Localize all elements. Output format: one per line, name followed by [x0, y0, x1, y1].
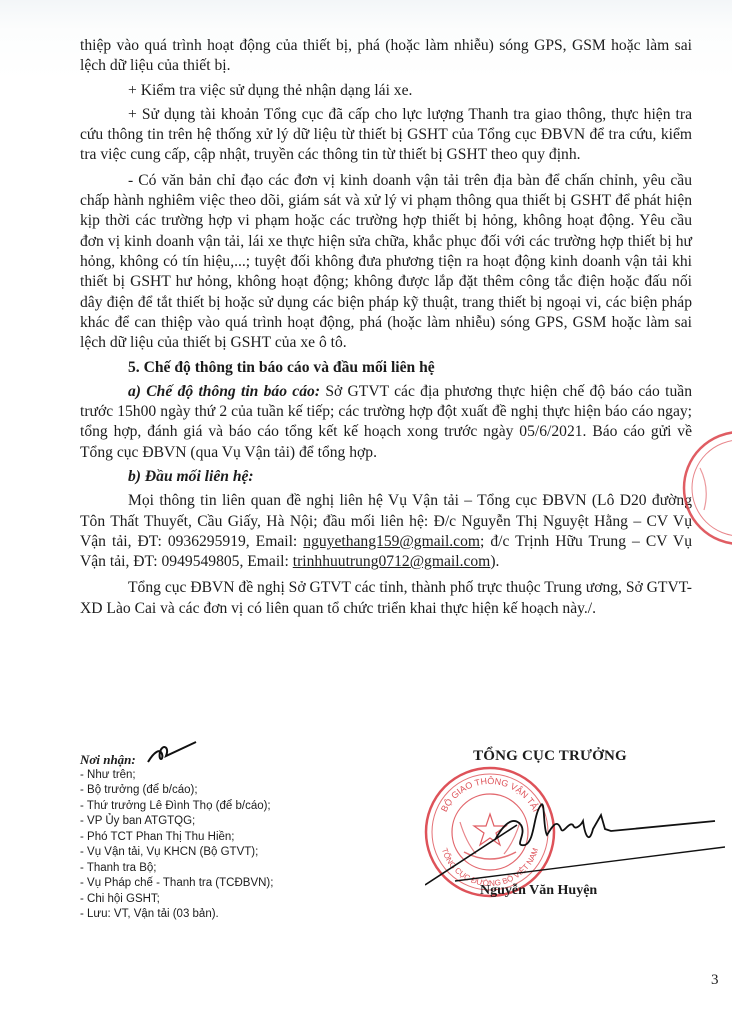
- section-5b-paragraph: b) Đầu mối liên hệ:: [80, 467, 692, 487]
- contact-paragraph: Mọi thông tin liên quan đề nghị liên hệ …: [80, 491, 692, 572]
- initial-mark-icon: [140, 738, 200, 768]
- email-link-hang[interactable]: nguyethang159@gmail.com: [303, 533, 480, 550]
- recipient-item: - VP Ủy ban ATGTQG;: [80, 814, 273, 830]
- continuation-paragraph: thiệp vào quá trình hoạt động của thiết …: [80, 36, 692, 77]
- document-body: thiệp vào quá trình hoạt động của thiết …: [80, 36, 692, 619]
- recipient-item: - Chi hội GSHT;: [80, 892, 273, 908]
- email-link-trung[interactable]: trinhhuutrung0712@gmail.com: [293, 553, 491, 570]
- recipient-item: - Thứ trưởng Lê Đình Thọ (để b/cáo);: [80, 799, 273, 815]
- recipient-item: - Vụ Pháp chế - Thanh tra (TCĐBVN);: [80, 876, 273, 892]
- partial-seal-icon: [670, 428, 732, 548]
- section-5-heading: 5. Chế độ thông tin báo cáo và đầu mối l…: [80, 358, 692, 378]
- recipient-item: - Lưu: VT, Vận tải (03 bản).: [80, 907, 273, 923]
- recipient-item: - Thanh tra Bộ;: [80, 861, 273, 877]
- recipient-item: - Phó TCT Phan Thị Thu Hiền;: [80, 830, 273, 846]
- section-5a-paragraph: a) Chế độ thông tin báo cáo: Sở GTVT các…: [80, 382, 692, 463]
- bullet-use-account: + Sử dụng tài khoản Tổng cục đã cấp cho …: [80, 105, 692, 166]
- section-5a-label: a) Chế độ thông tin báo cáo:: [128, 383, 320, 400]
- recipient-item: - Như trên;: [80, 768, 273, 784]
- recipients-list: - Như trên;- Bộ trưởng (để b/cáo);- Thứ …: [80, 768, 273, 923]
- recipient-item: - Vụ Vận tải, Vụ KHCN (Bộ GTVT);: [80, 845, 273, 861]
- bullet-check-driver-card: + Kiểm tra việc sử dụng thẻ nhận dạng lá…: [80, 81, 692, 101]
- recipient-item: - Bộ trưởng (để b/cáo);: [80, 783, 273, 799]
- page-number: 3: [711, 972, 719, 989]
- document-page: thiệp vào quá trình hoạt động của thiết …: [0, 0, 732, 1034]
- section-5b-label: b) Đầu mối liên hệ:: [128, 468, 254, 485]
- closing-paragraph: Tổng cục ĐBVN đề nghị Sở GTVT các tỉnh, …: [80, 578, 692, 619]
- signature-icon: [425, 785, 725, 890]
- directive-paragraph: - Có văn bản chỉ đạo các đơn vị kinh doa…: [80, 171, 692, 354]
- contact-text-3: ).: [490, 553, 499, 570]
- signatory-name: Nguyễn Văn Huyện: [480, 883, 597, 899]
- recipients-block: Nơi nhận: - Như trên;- Bộ trưởng (để b/c…: [80, 752, 273, 923]
